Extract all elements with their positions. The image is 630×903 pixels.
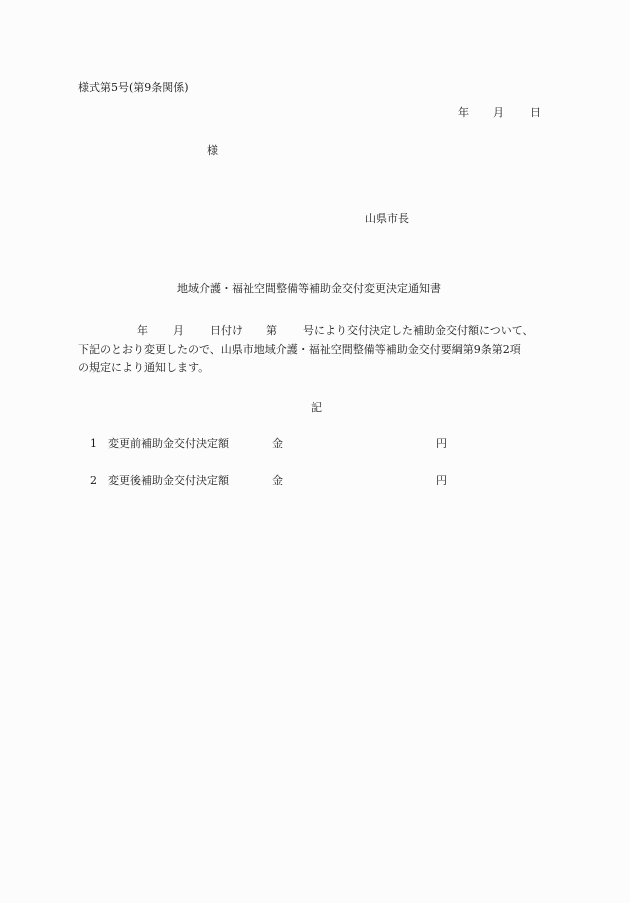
item-number: 1 xyxy=(90,438,97,449)
body-line2-text: 下記のとおり変更したので、山県市地域介護・福祉空間整備等補助金交付要綱第9条第2… xyxy=(78,344,521,355)
body-number-prefix: 第 xyxy=(266,325,277,336)
currency-suffix: 円 xyxy=(436,438,447,449)
date-day-label: 日 xyxy=(530,107,541,118)
item-number: 2 xyxy=(90,475,97,486)
issuer: 山県市長 xyxy=(365,213,409,224)
document-title: 地域介護・福祉空間整備等補助金交付変更決定通知書 xyxy=(0,283,630,294)
body-line3-text: の規定により通知します。 xyxy=(78,362,209,373)
currency-prefix: 金 xyxy=(272,438,283,449)
note-heading: 記 xyxy=(311,402,322,413)
date-year-label: 年 xyxy=(458,107,469,118)
date-month-label: 月 xyxy=(493,107,504,118)
body-month-label: 月 xyxy=(173,325,184,336)
currency-prefix: 金 xyxy=(272,475,283,486)
body-date-label: 日付け xyxy=(210,325,243,336)
currency-suffix: 円 xyxy=(436,475,447,486)
addressee-suffix: 様 xyxy=(207,145,218,156)
body-line1-text: 号により交付決定した補助金交付額について、 xyxy=(303,325,534,336)
item-label: 変更前補助金交付決定額 xyxy=(108,438,229,449)
item-label: 変更後補助金交付決定額 xyxy=(108,475,229,486)
body-year-label: 年 xyxy=(137,325,148,336)
form-number: 様式第5号(第9条関係) xyxy=(78,82,189,93)
